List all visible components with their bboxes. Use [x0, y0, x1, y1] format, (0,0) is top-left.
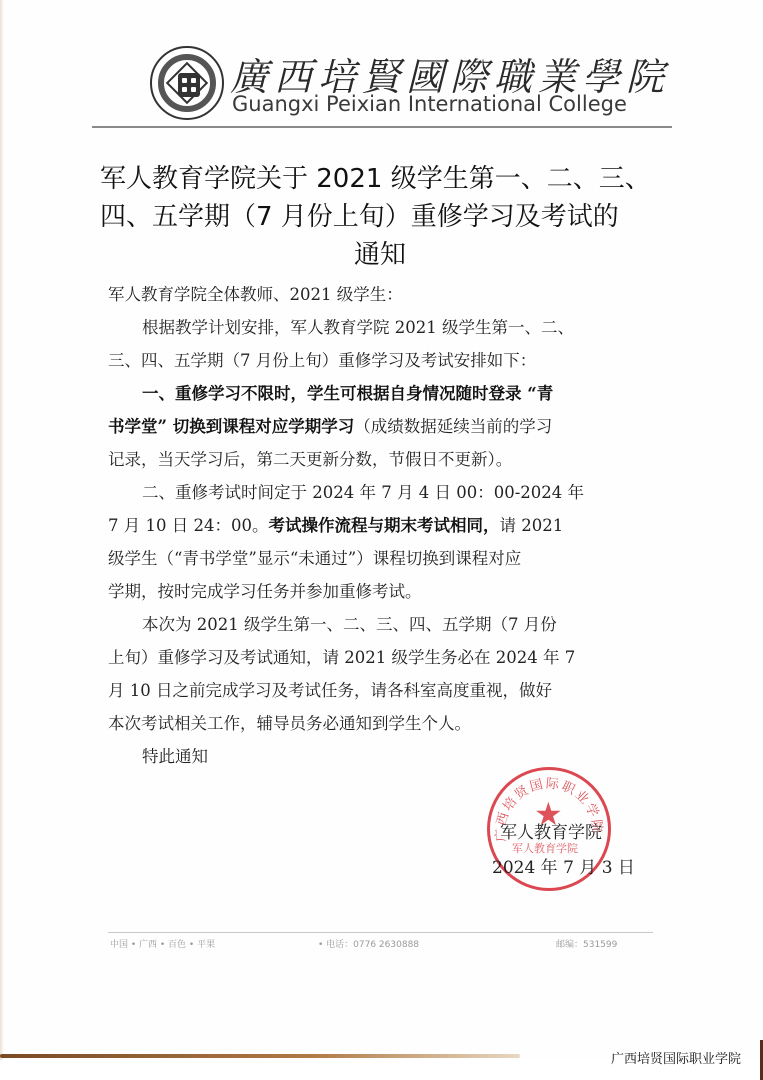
- title-line-2: 四、五学期（7 月份上旬）重修学习及考试的: [100, 198, 660, 236]
- paragraph-3-tail: 请 2021: [499, 516, 563, 535]
- paragraph-1-line-2: 三、四、五学期（7 月份上旬）重修学习及考试安排如下：: [108, 344, 668, 377]
- paragraph-4-line-4: 本次考试相关工作，辅导员务必通知到学生个人。: [108, 707, 668, 740]
- source-watermark: 广西培贤国际职业学院: [611, 1048, 741, 1067]
- document-body: 军人教育学院全体教师、2021 级学生： 根据教学计划安排，军人教育学院 202…: [108, 278, 668, 773]
- college-name-en: Guangxi Peixian International College: [232, 92, 627, 116]
- letterhead-divider: [92, 126, 672, 128]
- title-line-3: 通知: [100, 236, 660, 274]
- document-title: 军人教育学院关于 2021 级学生第一、二、三、 四、五学期（7 月份上旬）重修…: [100, 160, 660, 274]
- footer-address: 中国 • 广西 • 百色 • 平果: [110, 937, 215, 950]
- paragraph-4-line-1: 本次为 2021 级学生第一、二、三、四、五学期（7 月份: [108, 608, 668, 641]
- paragraph-2-line-2: 书学堂” 切换到课程对应学期学习（成绩数据延续当前的学习: [108, 410, 668, 443]
- paragraph-2-note: （成绩数据延续当前的学习: [354, 417, 552, 436]
- title-line-1: 军人教育学院关于 2021 级学生第一、二、三、: [100, 160, 660, 198]
- footer-postcode: 邮编：531599: [556, 937, 617, 950]
- paragraph-4-line-2: 上旬）重修学习及考试通知，请 2021 级学生务必在 2024 年 7: [108, 641, 668, 674]
- footer-divider: [108, 932, 653, 933]
- signature-date: 2024 年 7 月 3 日: [492, 853, 635, 878]
- signature-organization: 军人教育学院: [500, 818, 602, 843]
- paragraph-2-bold: 书学堂” 切换到课程对应学期学习: [108, 417, 354, 436]
- page-edge-shadow: [0, 0, 4, 1060]
- exam-procedure-note: 考试操作流程与期末考试相同，: [268, 516, 499, 535]
- letterhead: 廣西培賢國際職業學院 Guangxi Peixian International…: [150, 42, 580, 122]
- closing: 特此通知: [108, 740, 668, 773]
- paragraph-2-line-3: 记录，当天学习后，第二天更新分数，节假日不更新）。: [108, 443, 668, 476]
- paragraph-3-line-2: 7 月 10 日 24：00。考试操作流程与期末考试相同，请 2021: [108, 509, 668, 542]
- college-logo-icon: [150, 46, 224, 120]
- paragraph-3-line-3: 级学生（“青书学堂”显示“未通过”）课程切换到课程对应: [108, 542, 668, 575]
- paragraph-3-line-1: 二、重修考试时间定于 2024 年 7 月 4 日 00：00-2024 年: [108, 476, 668, 509]
- salutation: 军人教育学院全体教师、2021 级学生：: [108, 278, 668, 311]
- exam-end-time: 7 月 10 日 24：00。: [108, 516, 268, 535]
- document-page: 廣西培賢國際職業學院 Guangxi Peixian International…: [0, 0, 763, 1060]
- paragraph-2-line-1: 一、重修学习不限时，学生可根据自身情况随时登录 “青: [108, 377, 668, 410]
- paragraph-4-line-3: 月 10 日之前完成学习及考试任务，请各科室高度重视，做好: [108, 674, 668, 707]
- footer-phone: • 电话：0776 2630888: [318, 937, 419, 950]
- paragraph-3-line-4: 学期，按时完成学习任务并参加重修考试。: [108, 575, 668, 608]
- page-bottom-edge: [0, 1054, 520, 1058]
- paragraph-1-line-1: 根据教学计划安排，军人教育学院 2021 级学生第一、二、: [108, 311, 668, 344]
